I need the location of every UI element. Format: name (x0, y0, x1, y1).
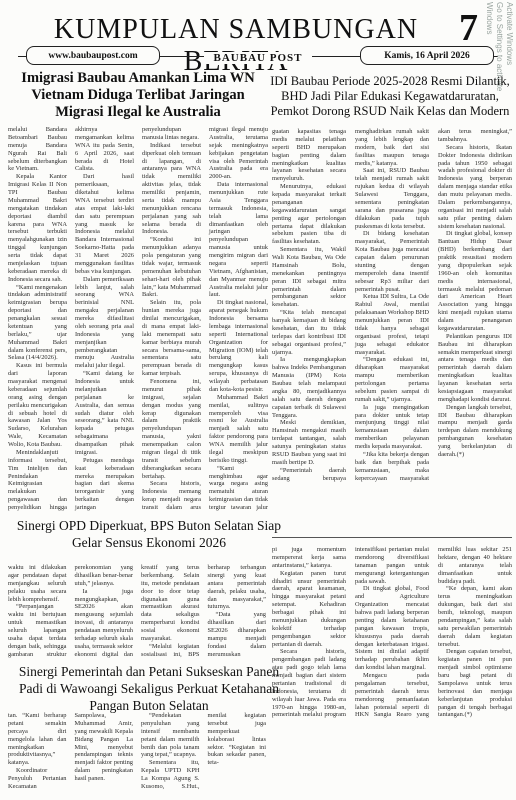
body-idi: guatan kapasitas tenaga medis melalui pe… (272, 128, 512, 528)
date-box: Kamis, 16 April 2026 (360, 46, 494, 65)
paragraph: Kasus ini bermula dari laporan masyaraka… (8, 362, 67, 449)
paragraph: Indikasi tersebut diperkuat oleh temuan … (142, 142, 201, 237)
watermark-line-1: Activate Windows (504, 2, 514, 65)
paragraph: “Kondisi ini menunjukkan adanya pola pen… (142, 236, 201, 299)
paragraph: Ketua IDI Sultra, La Ode Rabiul Awal, me… (355, 293, 429, 356)
paragraph: Secara historis, Ikatan Dokter Indonesia… (438, 144, 512, 231)
paragraph: Kegiatan panen turut dihadiri unsur peme… (272, 570, 346, 649)
paragraph: guatan kapasitas tenaga medis melalui pe… (272, 128, 346, 183)
paragraph: Selain itu, pola hunian mereka juga dini… (142, 299, 201, 378)
paragraph: waktu ini dilakukan agar pendataan dapat… (8, 564, 67, 603)
paragraph: “Ke depan, kami akan terus meningkatkan … (438, 585, 512, 648)
paragraph: “Pendekatan penyuluhan yang intensif mem… (141, 712, 200, 759)
paragraph: Data internasional menunjukkan rute Asia… (209, 181, 268, 299)
paragraph: Saat ini, RSUD Baubau telah menjadi ruma… (355, 167, 429, 230)
paragraph: tan. “Kami berharap petani semakin perca… (8, 712, 67, 767)
paragraph: Menurutnya, edukasi kepada masyarakat te… (272, 183, 346, 246)
idi-end-divider (272, 537, 512, 538)
headline-sensus: Sinergi OPD Diperkuat, BPS Buton Selatan… (8, 518, 290, 552)
body-panen-left: tan. “Kami berharap petani semakin perca… (8, 712, 266, 796)
paragraph: Di tingkat global, konsep Bantuan Hidup … (438, 230, 512, 332)
paragraph: melalui Bandara Betoambari Baubau menuja… (8, 126, 67, 173)
paragraph: Meski demikian, Hamsinah mengakui masih … (272, 419, 346, 466)
paragraph: Ia mengungkapkan bahwa Indeks Pembanguna… (272, 356, 346, 419)
paragraph: Kepala Kantor Imigrasi Kelas II Non TPI … (8, 173, 67, 283)
paragraph: Fenomena ini, menurut pihak imigrasi, se… (142, 378, 201, 480)
newspaper-page: KUMPULAN SAMBUNGAN BERITA 7 www.baubaupo… (0, 0, 516, 800)
body-imigrasi: melalui Bandara Betoambari Baubau menuja… (8, 126, 268, 512)
body-sensus: waktu ini dilakukan agar pendataan dapat… (8, 564, 266, 660)
body-panen-right: pi juga momentum mempererat kerja sama a… (272, 546, 512, 798)
headline-imigrasi: Imigrasi Baubau Amankan Lima WN Vietnam … (8, 70, 268, 121)
paragraph: Di tingkat global, Food and Agriculture … (355, 585, 429, 672)
headline-idi: IDI Baubau Periode 2025-2028 Resmi Dilan… (268, 74, 512, 119)
paragraph: “Kita telah mencapai banyak kemajuan di … (272, 309, 346, 356)
masthead-name-label: BAUBAU POST (204, 52, 313, 64)
paragraph: Sementara itu, Wakil Wali Kota Baubau, W… (272, 246, 346, 309)
headline-panen: Sinergi Pemerintah dan Petani Sukseskan … (8, 664, 290, 715)
paragraph: “Kami mengenakan tindakan administratif … (8, 284, 67, 363)
masthead-bar: www.baubaupost.com BAUBAU POST Kamis, 16… (0, 46, 516, 66)
paragraph: Pelantikan pengurus IDI Baubau ini dihar… (438, 333, 512, 404)
paragraph: Ia juga mengingatkan para dokter untuk t… (355, 404, 429, 451)
paragraph: Dalam pemeriksaan lebih lanjut, salah se… (75, 276, 134, 371)
paragraph: Muhammad Bakri menilai, sulitnya mempero… (209, 394, 268, 465)
paragraph: “Kami datang ke Indonesia untuk melanjut… (75, 370, 134, 457)
paragraph: Dengan langkah tersebut, IDI Baubau diha… (438, 404, 512, 459)
paragraph: “Dengan edukasi ini, diharapkan masyarak… (355, 356, 429, 403)
paragraph: Dari hasil pemeriksaan, diketahui kelima… (75, 173, 134, 275)
paragraph: Dengan capaian tersebut, kegiatan panen … (438, 648, 512, 719)
page-number: 7 (459, 6, 478, 50)
paragraph: Di bidang kesehatan masyarakat, Pemerint… (355, 230, 429, 293)
paragraph: pi juga momentum mempererat kerja sama a… (272, 546, 346, 570)
paragraph: Di tingkat nasional, aparat penegak huku… (209, 299, 268, 394)
